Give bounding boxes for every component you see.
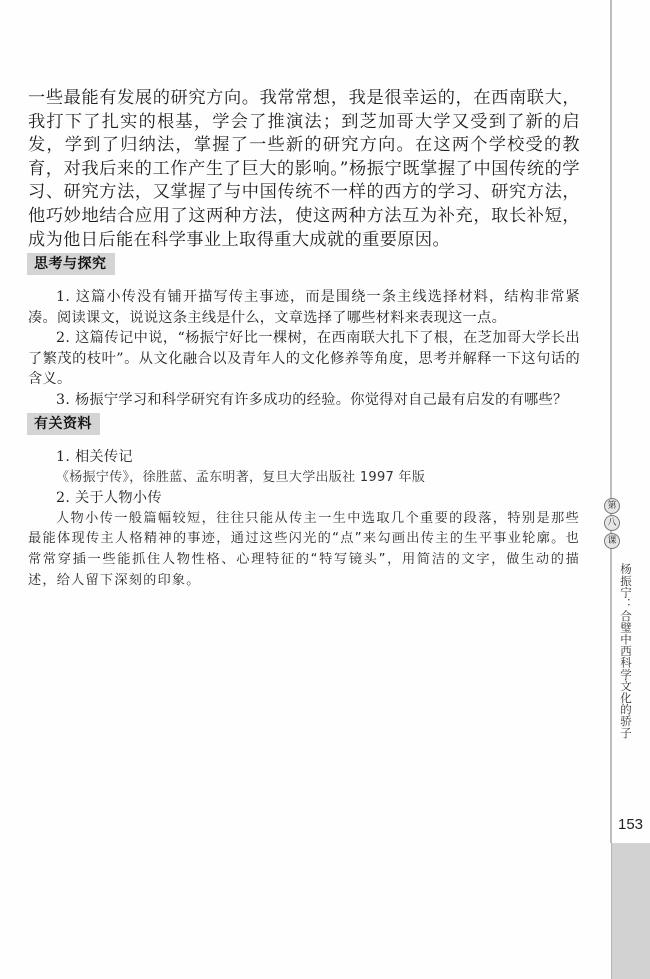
ref-item-1-content: 《杨振宁传》，徐胜蓝、孟东明著，复旦大学出版社 1997 年版 [28, 468, 580, 489]
textbook-page: 一些最能有发展的研究方向。我常常想，我是很幸运的，在西南联大，我打下了扎实的根基… [0, 0, 650, 979]
ref-item-1-heading: 1. 相关传记 [28, 447, 580, 468]
lesson-badge-char-1: 第 [604, 498, 620, 514]
margin-divider-line [610, 0, 612, 843]
lesson-badge-char-3: 课 [604, 533, 620, 549]
lesson-badge-char-2: 八 [604, 515, 620, 531]
main-paragraph: 一些最能有发展的研究方向。我常常想，我是很幸运的，在西南联大，我打下了扎实的根基… [28, 87, 580, 252]
lesson-running-title: 杨振宁：合璧中西科学文化的骄子 [618, 563, 632, 739]
page-number: 153 [618, 816, 643, 833]
think-questions: 1. 这篇小传没有铺开描写传主事迹，而是围绕一条主线选择材料，结构非常紧凑。阅读… [28, 287, 580, 411]
related-materials: 1. 相关传记 《杨振宁传》，徐胜蓝、孟东明著，复旦大学出版社 1997 年版 … [28, 447, 580, 591]
ref-item-2-content: 人物小传一般篇幅较短，往往只能从传主一生中选取几个重要的段落，特别是那些最能体现… [28, 509, 580, 591]
section-title-related-materials: 有关资料 [27, 413, 100, 435]
section-title-think-explore: 思考与探究 [27, 253, 115, 275]
question-1: 1. 这篇小传没有铺开描写传主事迹，而是围绕一条主线选择材料，结构非常紧凑。阅读… [28, 287, 580, 328]
ref-item-2-heading: 2. 关于人物小传 [28, 488, 580, 509]
question-3: 3. 杨振宁学习和科学研究有许多成功的经验。你觉得对自己最有启发的有哪些？ [28, 390, 580, 411]
question-2: 2. 这篇传记中说，“杨振宁好比一棵树，在西南联大扎下了根，在芝加哥大学长出了繁… [28, 328, 580, 390]
page-edge-tab [611, 843, 650, 979]
